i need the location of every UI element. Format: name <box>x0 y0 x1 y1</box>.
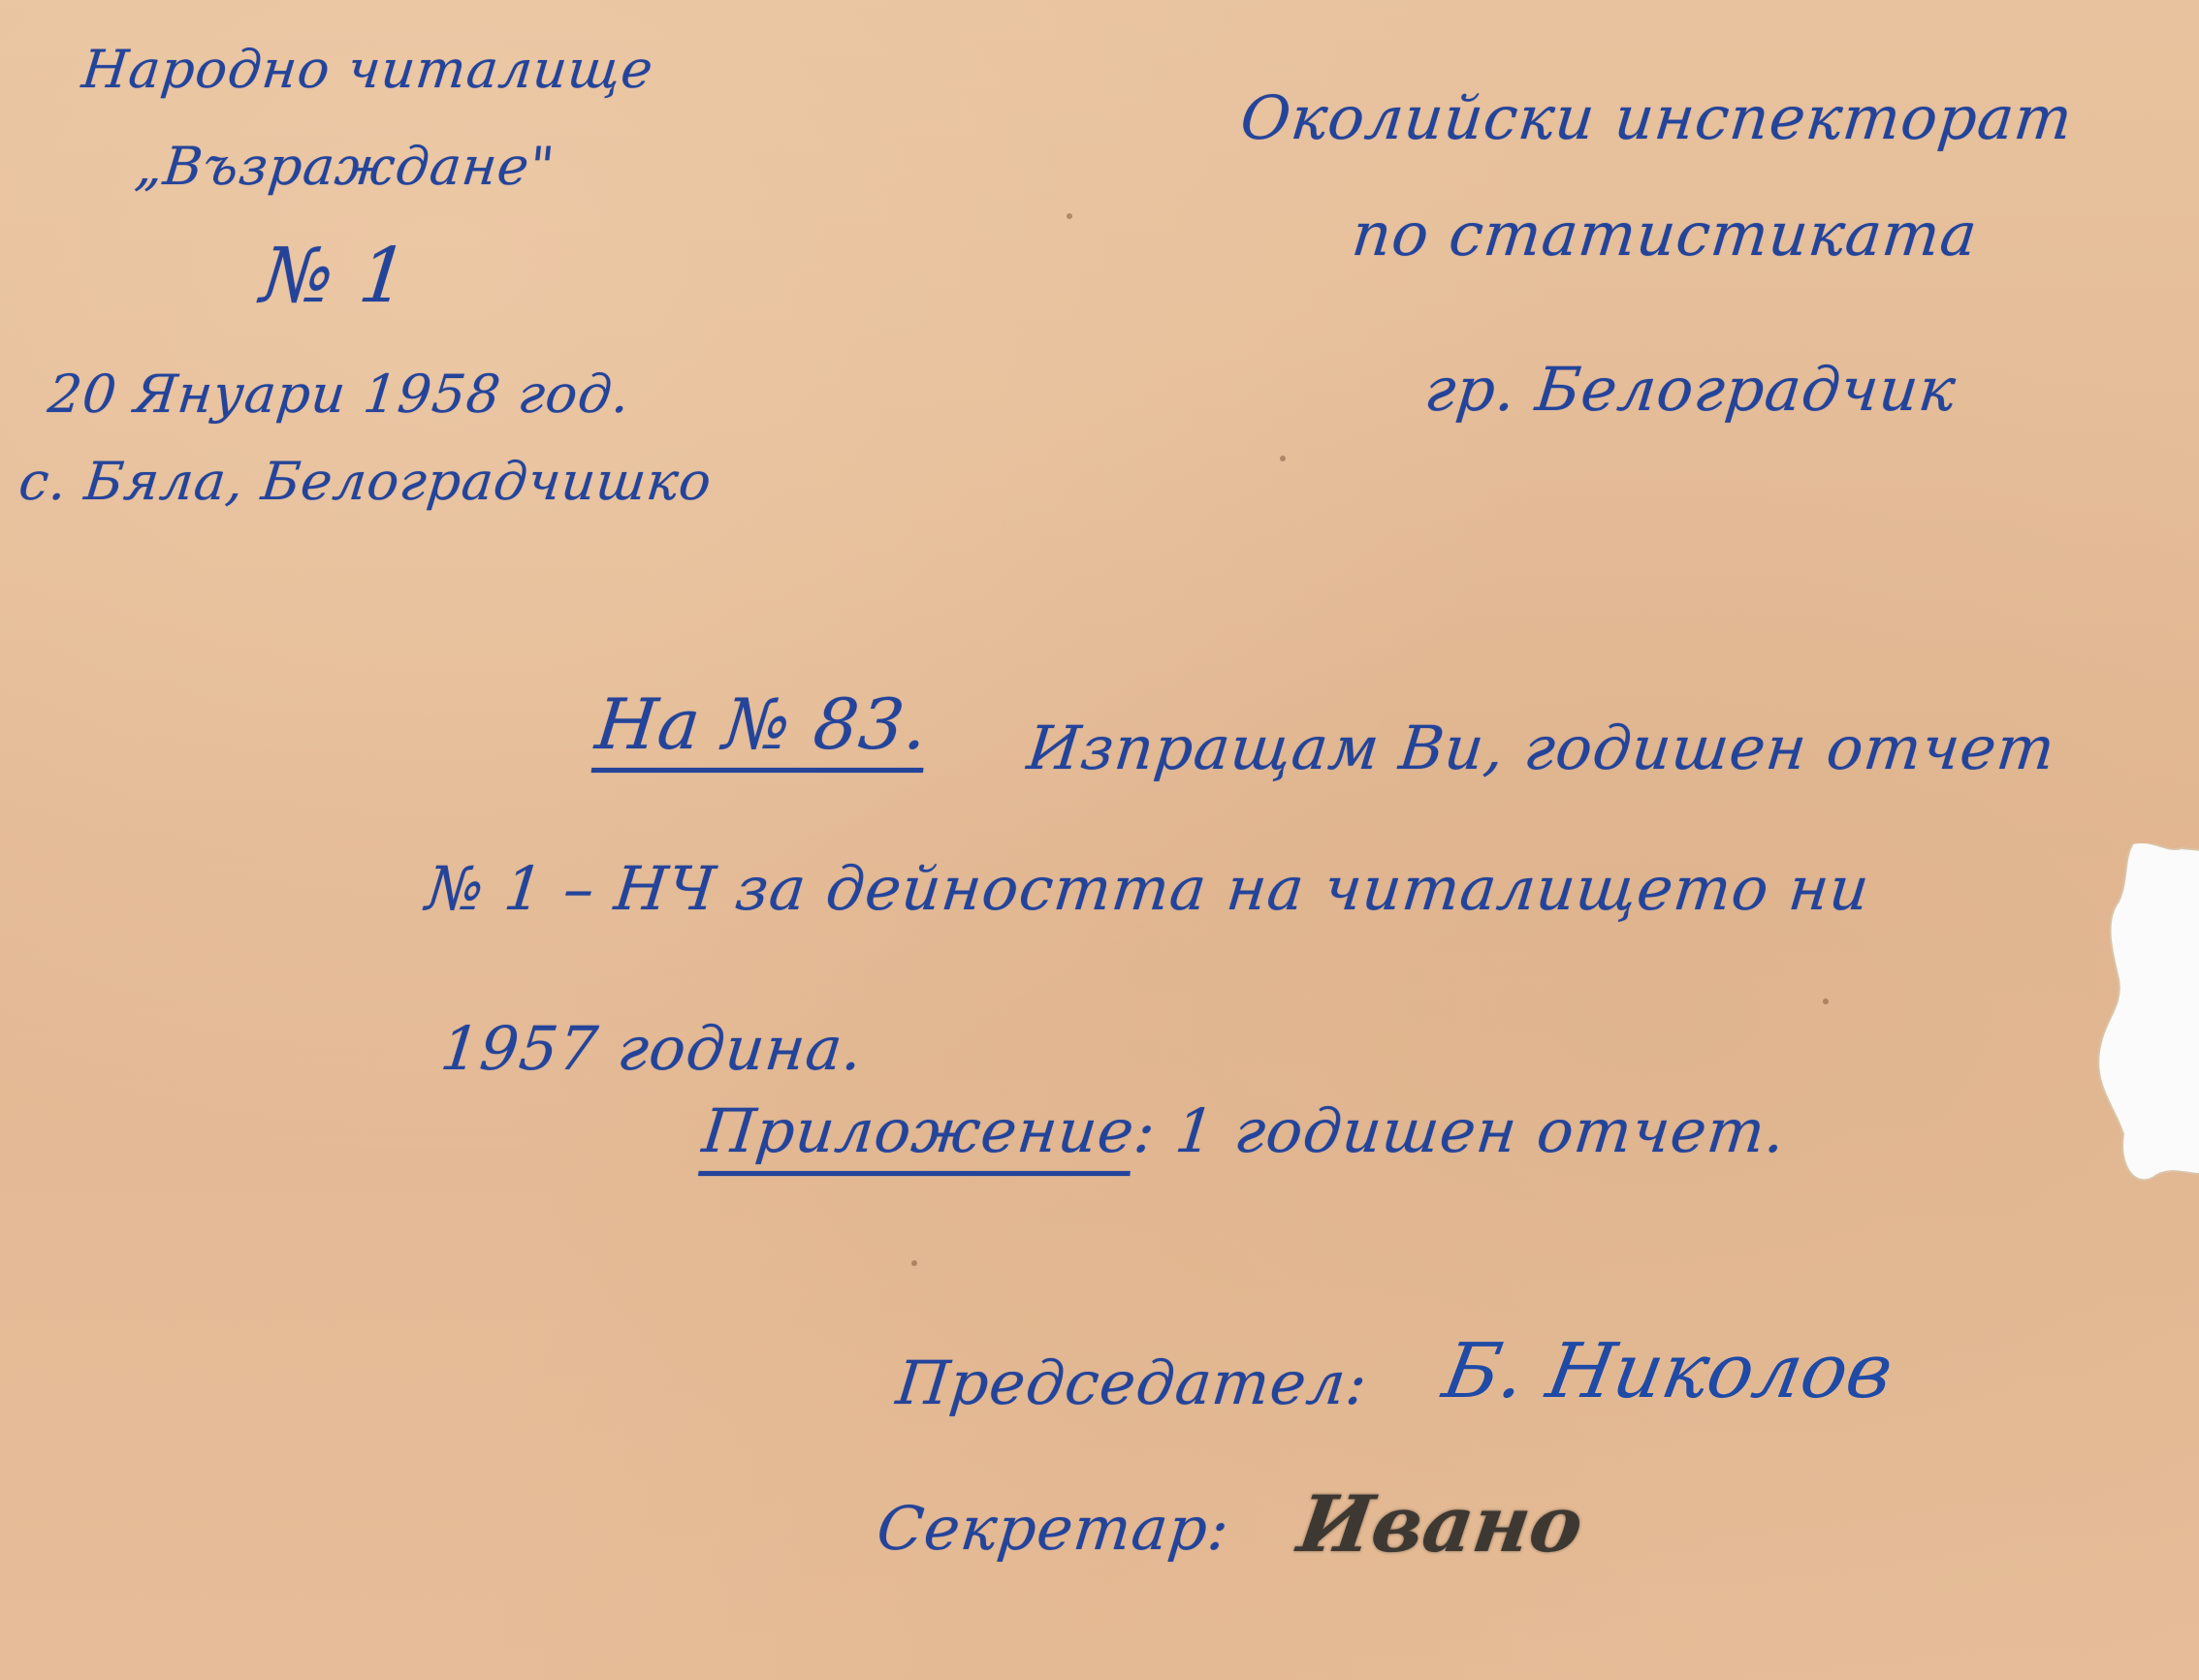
paper-speck <box>1823 998 1829 1004</box>
sender-number: № 1 <box>257 233 413 320</box>
recipient-line1: Околийски инспекторат <box>1237 82 2076 153</box>
body-line-2: № 1 – НЧ за дейността на читалището ни <box>423 853 1873 924</box>
secretary-signature: Ивано <box>1292 1478 1588 1569</box>
paper-speck <box>1067 213 1072 219</box>
attachment-text: : 1 годишен отчет. <box>1131 1095 1789 1166</box>
sender-org-name: „Възраждане" <box>133 136 558 197</box>
chairman-signature: Б. Николов <box>1437 1328 1899 1415</box>
recipient-line3: гр. Белоградчик <box>1421 354 1960 425</box>
reference-number: На № 83. <box>592 683 933 765</box>
sender-org-line1: Народно читалище <box>80 39 656 100</box>
attachment-label: Приложение <box>699 1095 1138 1166</box>
body-line-3: 1957 година. <box>437 1013 867 1084</box>
secretary-label: Секретар: <box>874 1493 1233 1564</box>
sender-date: 20 Януари 1958 год. <box>46 364 633 425</box>
torn-paper-hole <box>2075 843 2199 1231</box>
attachment-line: Приложение: 1 годишен отчет. <box>703 1095 1786 1166</box>
recipient-line2: по статистиката <box>1349 199 1981 269</box>
letter-page: Народно читалище „Възраждане" № 1 20 Яну… <box>0 0 2199 1680</box>
sender-location: с. Бяла, Белоградчишко <box>16 451 716 512</box>
chairman-label: Председател: <box>893 1347 1371 1418</box>
paper-speck <box>1280 456 1286 461</box>
body-line-1: Изпращам Ви, годишен отчет <box>1024 713 2058 783</box>
paper-speck <box>911 1260 917 1266</box>
